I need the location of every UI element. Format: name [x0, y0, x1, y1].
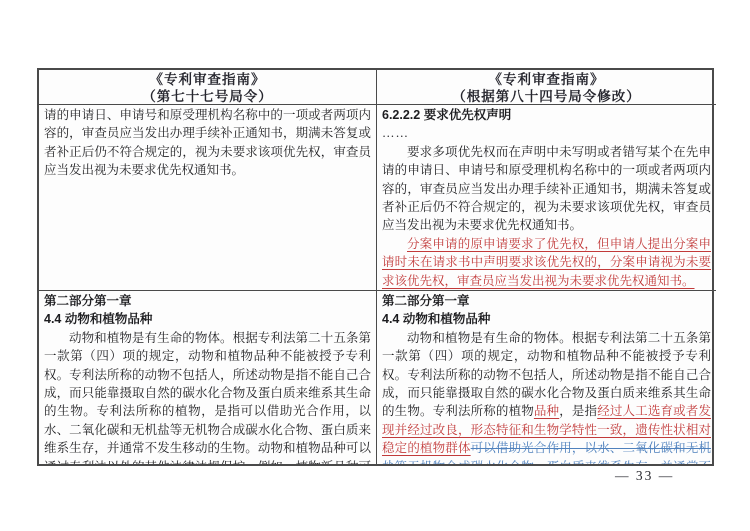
- priority-inserted-paragraph: 分案申请的原申请要求了优先权，但申请人提出分案申请时未在请求书中声明要求该优先权…: [382, 235, 711, 290]
- cell-priority-new: 6.2.2.2 要求优先权声明 …… 要求多项优先权而在声明中未写明或者错写某个…: [377, 105, 716, 291]
- paragraph-normal-text: ，是指: [559, 404, 597, 418]
- header-old-title: 《专利审查指南》: [44, 72, 371, 89]
- part-chapter-heading-old: 第二部分第一章: [44, 292, 371, 310]
- cell-animals-plants-old: 第二部分第一章 4.4 动物和植物品种 动物和植物是有生命的物体。根据专利法第二…: [39, 291, 377, 464]
- header-new-subtitle: （根据第八十四号局令修改）: [382, 89, 711, 106]
- document-page: 《专利审查指南》 （第七十七号局令） 《专利审查指南》 （根据第八十四号局令修改…: [0, 0, 750, 531]
- header-new-title: 《专利审查指南》: [382, 72, 711, 89]
- cell-priority-old: 请的申请日、申请号和原受理机构名称中的一项或者两项内容的，审查员应当发出办理手续…: [39, 105, 377, 291]
- section-44-heading-old: 4.4 动物和植物品种: [44, 310, 371, 328]
- page-number: — 33 —: [615, 468, 674, 484]
- comparison-table: 《专利审查指南》 （第七十七号局令） 《专利审查指南》 （根据第八十四号局令修改…: [37, 68, 714, 466]
- section-44-heading-new: 4.4 动物和植物品种: [382, 310, 711, 328]
- header-old-subtitle: （第七十七号局令）: [44, 89, 371, 106]
- priority-new-paragraph: 要求多项优先权而在声明中未写明或者错写某个在先申请的申请日、申请号和原受理机构名…: [382, 143, 711, 235]
- section-heading-6222: 6.2.2.2 要求优先权声明: [382, 106, 711, 124]
- table-header-old-version: 《专利审查指南》 （第七十七号局令）: [39, 70, 377, 105]
- table-header-new-version: 《专利审查指南》 （根据第八十四号局令修改）: [377, 70, 716, 105]
- inserted-text-pinzhong: 品种: [534, 404, 559, 418]
- animals-plants-old-paragraph: 动物和植物是有生命的物体。根据专利法第二十五条第一款第（四）项的规定，动物和植物…: [44, 329, 371, 464]
- cell-animals-plants-new: 第二部分第一章 4.4 动物和植物品种 动物和植物是有生命的物体。根据专利法第二…: [377, 291, 716, 464]
- ellipsis-marker: ……: [382, 124, 711, 142]
- part-chapter-heading-new: 第二部分第一章: [382, 292, 711, 310]
- priority-old-paragraph: 请的申请日、申请号和原受理机构名称中的一项或者两项内容的，审查员应当发出办理手续…: [44, 106, 371, 180]
- animals-plants-new-paragraph: 动物和植物是有生命的物体。根据专利法第二十五条第一款第（四）项的规定，动物和植物…: [382, 329, 711, 464]
